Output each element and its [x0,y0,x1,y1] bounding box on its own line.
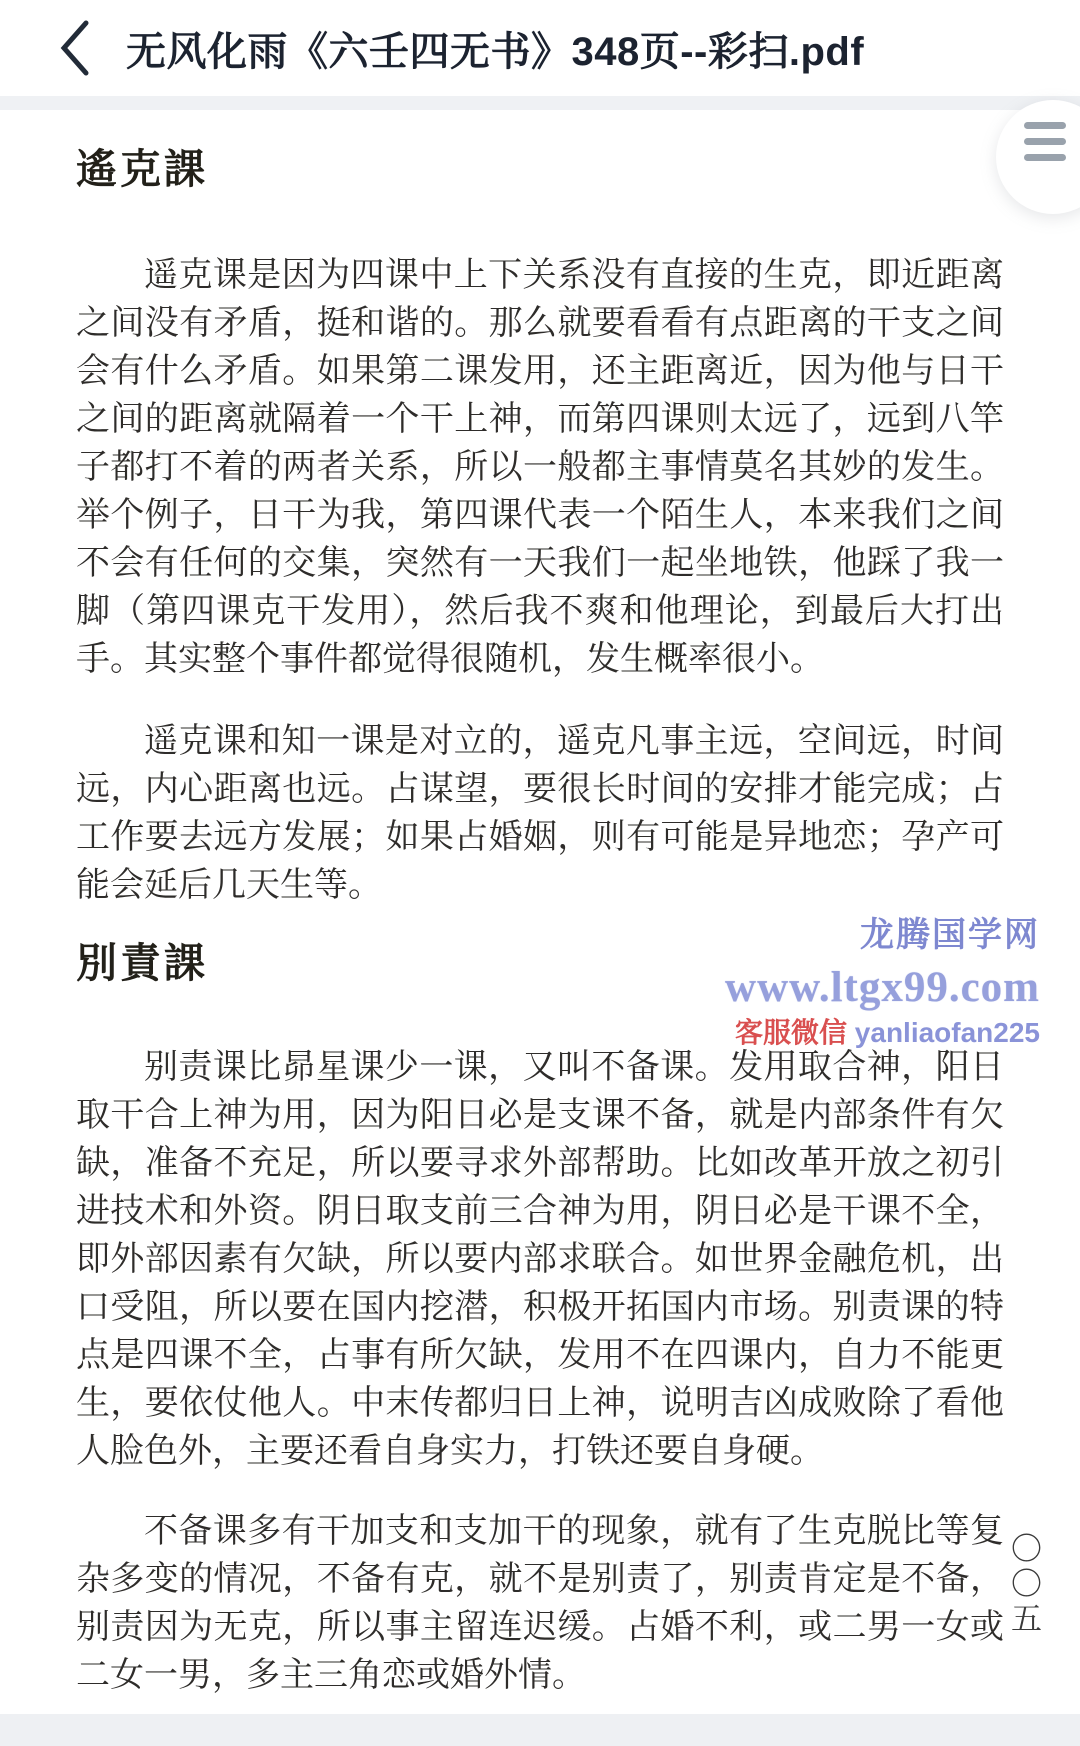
section-heading-yaoke: 遙克課 [76,144,1004,194]
page-folio-number: 〇〇五 [1001,1532,1046,1637]
paragraph-yaoke-2: 遥克课和知一课是对立的，遥克凡事主远，空间远，时间远，内心距离也远。占谋望，要很… [76,718,1004,910]
pdf-title: 无风化雨《六壬四无书》348页--彩扫.pdf [126,20,864,77]
paragraph-bieze-2: 不备课多有干加支和支加干的现象，就有了生克脱比等复杂多变的情况，不备有克，就不是… [76,1508,1004,1700]
section-heading-bieze: 別責課 [76,938,1004,988]
document-content: 遙克課 遥克课是因为四课中上下关系没有直接的生克，即近距离之间没有矛盾，挺和谐的… [0,110,1080,1700]
paragraph-bieze-1: 别责课比昴星课少一课，又叫不备课。发用取合神，阳日取干合上神为用，因为阳日必是支… [76,1044,1004,1476]
paragraph-yaoke-1: 遥克课是因为四课中上下关系没有直接的生克，即近距离之间没有矛盾，挺和谐的。那么就… [76,252,1004,684]
chevron-left-icon [58,19,92,77]
back-button[interactable] [58,16,102,80]
app-bar: 无风化雨《六壬四无书》348页--彩扫.pdf [0,0,1080,96]
page-bottom-gap [0,1714,1080,1746]
pdf-page[interactable]: 遙克課 遥克课是因为四课中上下关系没有直接的生克，即近距离之间没有矛盾，挺和谐的… [0,110,1080,1714]
